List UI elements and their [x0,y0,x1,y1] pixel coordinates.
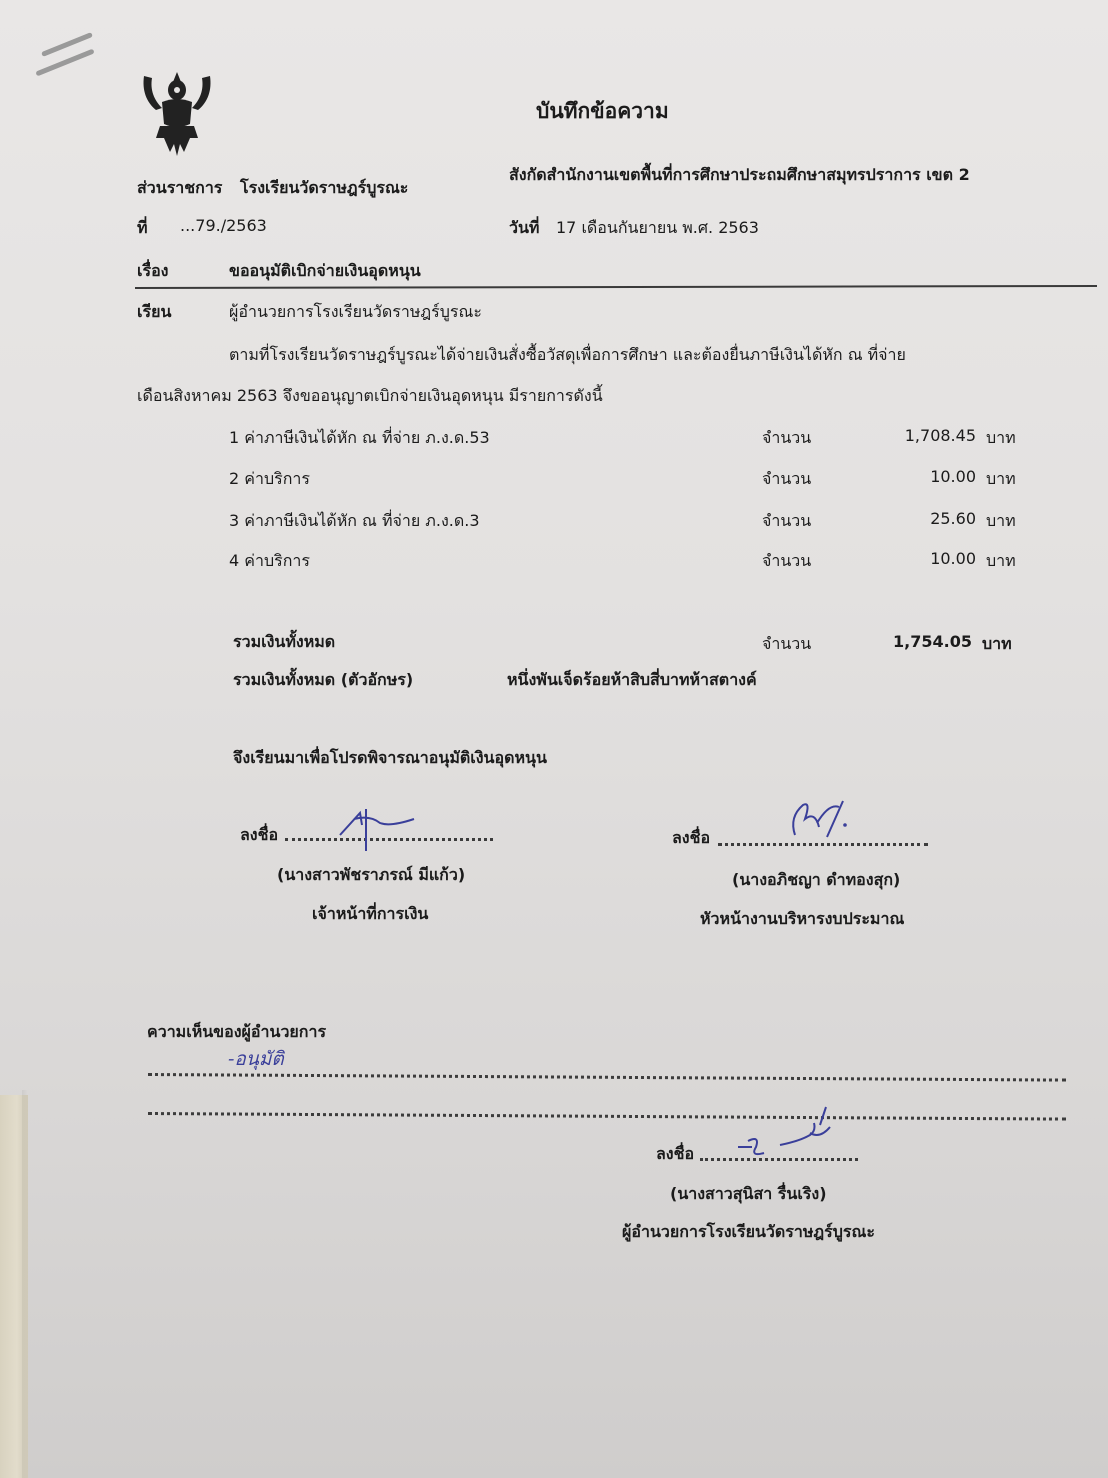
paper-edge [22,1090,28,1478]
signer-name: (นางอภิชญา ดำทองสุก) [732,868,900,893]
total-words-label: รวมเงินทั้งหมด (ตัวอักษร) [233,668,413,693]
agency-value: โรงเรียนวัดราษฎร์บูรณะ [240,176,408,201]
document-title: บันทึกข้อความ [536,95,669,128]
subject-value: ขออนุมัติเบิกจ่ายเงินอุดหนุน [229,259,421,284]
director-opinion-label: ความเห็นของผู้อำนวยการ [147,1020,326,1045]
opinion-line [148,1112,1066,1121]
sign-label: ลงชื่อ [240,823,278,848]
subject-label: เรื่อง [137,259,168,284]
total-label: รวมเงินทั้งหมด [233,630,335,655]
item-label: 2 ค่าบริการ [229,467,310,492]
opinion-line [148,1073,1066,1082]
signer-position: หัวหน้างานบริหารงบประมาณ [700,907,904,932]
header-divider [135,285,1097,289]
date-label: วันที่ [509,216,539,241]
body-line-2: เดือนสิงหาคม 2563 จึงขออนุญาตเบิกจ่ายเงิ… [137,384,603,409]
handwritten-signature [730,1105,840,1165]
ref-value: ...79./2563 [180,216,267,235]
to-label: เรียน [137,300,171,325]
handwritten-signature [785,797,855,847]
item-qty-label: จำนวน [762,467,811,492]
total-qty-label: จำนวน [762,632,811,657]
item-amount: 1,708.45 [866,426,976,445]
item-label: 1 ค่าภาษีเงินได้หัก ณ ที่จ่าย ภ.ง.ด.53 [229,426,490,451]
to-value: ผู้อำนวยการโรงเรียนวัดราษฎร์บูรณะ [229,300,482,325]
item-amount: 10.00 [866,467,976,486]
item-label: 3 ค่าภาษีเงินได้หัก ณ ที่จ่าย ภ.ง.ด.3 [229,509,480,534]
signer-name: (นางสาวพัชราภรณ์ มีแก้ว) [277,863,465,888]
item-unit: บาท [986,509,1016,534]
ref-label: ที่ [137,216,148,241]
date-value: 17 เดือนกันยายน พ.ศ. 2563 [556,216,759,241]
item-unit: บาท [986,426,1016,451]
garuda-emblem-icon [140,68,214,160]
item-unit: บาท [986,467,1016,492]
closing-text: จึงเรียนมาเพื่อโปรดพิจารณาอนุมัติเงินอุด… [233,746,547,771]
director-position: ผู้อำนวยการโรงเรียนวัดราษฎร์บูรณะ [622,1220,875,1245]
agency-label: ส่วนราชการ [137,176,222,201]
total-amount: 1,754.05 [862,632,972,651]
body-line-1: ตามที่โรงเรียนวัดราษฎร์บูรณะได้จ่ายเงินส… [229,343,906,368]
item-label: 4 ค่าบริการ [229,549,310,574]
director-opinion-handwritten: -อนุมัติ [228,1044,284,1074]
signer-position: เจ้าหน้าที่การเงิน [312,902,428,927]
total-words-value: หนึ่งพันเจ็ดร้อยห้าสิบสี่บาทห้าสตางค์ [507,668,757,693]
item-amount: 10.00 [866,549,976,568]
affiliation: สังกัดสำนักงานเขตพื้นที่การศึกษาประถมศึก… [509,163,970,188]
item-unit: บาท [986,549,1016,574]
item-qty-label: จำนวน [762,549,811,574]
sign-label: ลงชื่อ [672,826,710,851]
item-amount: 25.60 [866,509,976,528]
item-qty-label: จำนวน [762,426,811,451]
director-name: (นางสาวสุนิสา รื่นเริง) [670,1182,827,1207]
total-unit: บาท [982,632,1012,657]
item-qty-label: จำนวน [762,509,811,534]
sign-label: ลงชื่อ [656,1142,694,1167]
handwritten-signature [330,805,420,855]
